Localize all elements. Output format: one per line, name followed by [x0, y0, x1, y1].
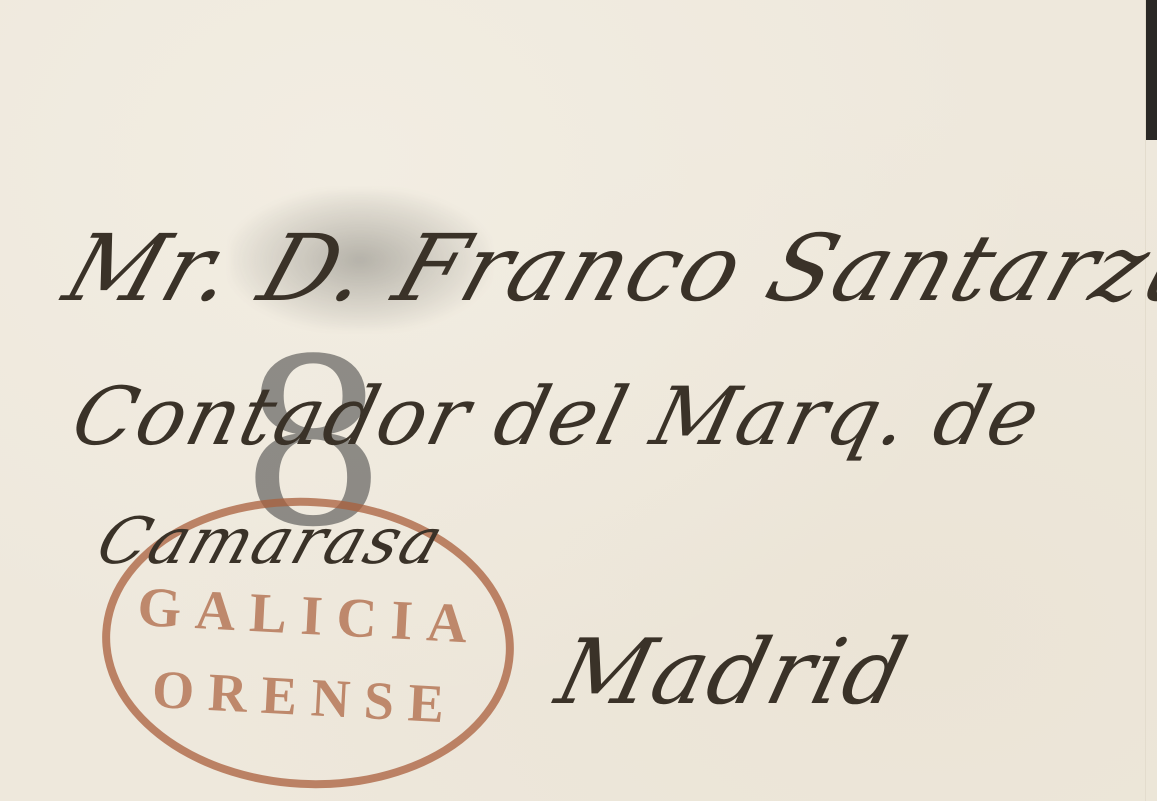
dark-border: [1146, 0, 1157, 140]
postmark-line-1: GALICIA: [110, 574, 509, 659]
address-line-1: Mr. D. Franco Santarzua: [53, 215, 1157, 322]
address-line-2: Contador del Marq. de: [63, 370, 1050, 463]
address-line-4: Madrid: [547, 620, 918, 725]
postmark-line-2: ORENSE: [106, 656, 505, 739]
address-line-3: Camarasa: [88, 505, 454, 579]
